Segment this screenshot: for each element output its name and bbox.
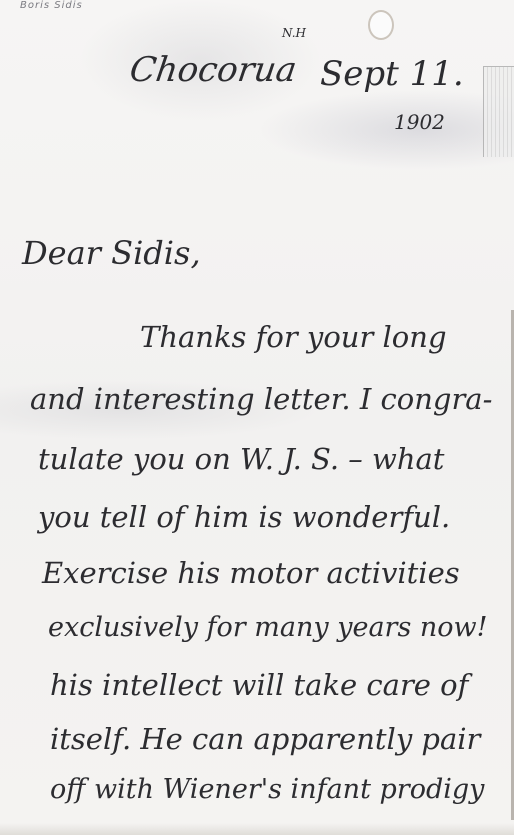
body-line: Thanks for your long — [140, 320, 447, 354]
body-line: exclusively for many years now! — [48, 612, 488, 643]
heading-year: 1902 — [394, 110, 445, 134]
body-line: and interesting letter. I congra- — [30, 382, 492, 416]
stamp-mark — [483, 66, 514, 157]
paper-hole — [368, 10, 394, 40]
body-line: Exercise his motor activities — [42, 556, 460, 590]
body-line: his intellect will take care of — [50, 668, 468, 702]
body-line: off with Wiener's infant prodigy — [50, 774, 484, 805]
archival-label: Boris Sidis — [20, 0, 83, 11]
body-line: tulate you on W. J. S. – what — [38, 442, 444, 476]
heading-date: Sept 11. — [320, 54, 464, 94]
heading-state: N.H — [282, 26, 306, 40]
page-edge-bottom — [0, 823, 514, 835]
salutation: Dear Sidis, — [22, 234, 201, 272]
body-line: you tell of him is wonderful. — [38, 500, 450, 534]
letter-page: Boris Sidis N.H Chocorua Sept 11. 1902 D… — [0, 0, 514, 835]
body-line: itself. He can apparently pair — [50, 722, 480, 756]
heading-place: Chocorua — [127, 50, 299, 90]
